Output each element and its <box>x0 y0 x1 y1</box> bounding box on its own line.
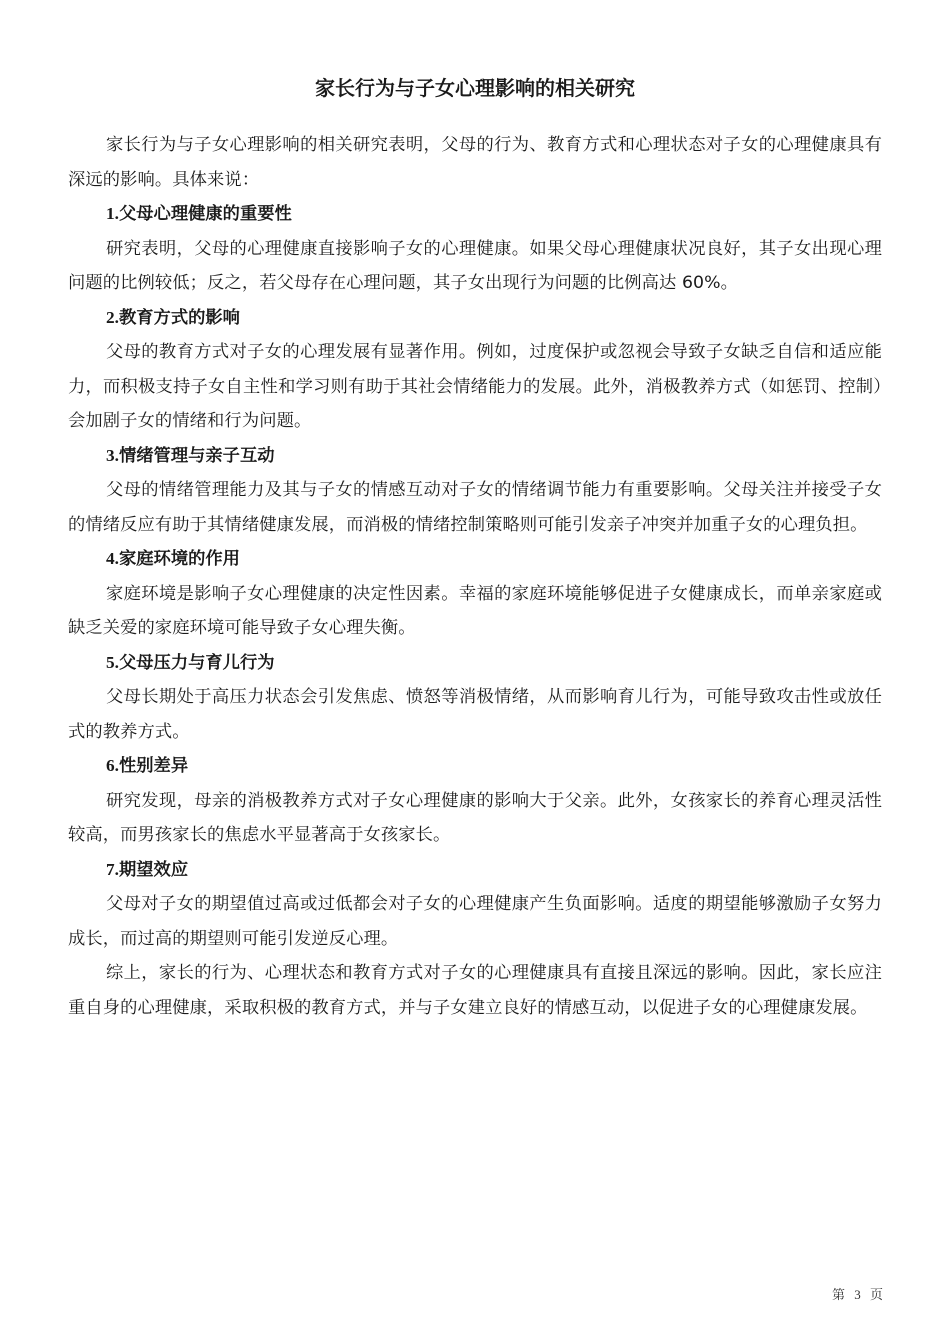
document-body: 家长行为与子女心理影响的相关研究表明，父母的行为、教育方式和心理状态对子女的心理… <box>68 128 882 1025</box>
document-page: 家长行为与子女心理影响的相关研究 家长行为与子女心理影响的相关研究表明，父母的行… <box>68 70 882 1025</box>
section-body: 研究发现，母亲的消极教养方式对子女心理健康的影响大于父亲。此外，女孩家长的养育心… <box>68 784 882 853</box>
section-heading: 4.家庭环境的作用 <box>68 542 882 577</box>
section-body: 研究表明，父母的心理健康直接影响子女的心理健康。如果父母心理健康状况良好，其子女… <box>68 232 882 301</box>
section-heading: 5.父母压力与育儿行为 <box>68 646 882 681</box>
section-2: 2.教育方式的影响 父母的教育方式对子女的心理发展有显著作用。例如，过度保护或忽… <box>68 301 882 439</box>
section-heading: 6.性别差异 <box>68 749 882 784</box>
section-body: 父母长期处于高压力状态会引发焦虑、愤怒等消极情绪，从而影响育儿行为，可能导致攻击… <box>68 680 882 749</box>
section-body: 家庭环境是影响子女心理健康的决定性因素。幸福的家庭环境能够促进子女健康成长，而单… <box>68 577 882 646</box>
intro-paragraph: 家长行为与子女心理影响的相关研究表明，父母的行为、教育方式和心理状态对子女的心理… <box>68 128 882 197</box>
section-heading: 2.教育方式的影响 <box>68 301 882 336</box>
section-heading: 1.父母心理健康的重要性 <box>68 197 882 232</box>
conclusion-paragraph: 综上，家长的行为、心理状态和教育方式对子女的心理健康具有直接且深远的影响。因此，… <box>68 956 882 1025</box>
section-5: 5.父母压力与育儿行为 父母长期处于高压力状态会引发焦虑、愤怒等消极情绪，从而影… <box>68 646 882 750</box>
section-heading: 3.情绪管理与亲子互动 <box>68 439 882 474</box>
document-title: 家长行为与子女心理影响的相关研究 <box>68 70 882 106</box>
page-number: 第 3 页 <box>832 1284 883 1303</box>
section-7: 7.期望效应 父母对子女的期望值过高或过低都会对子女的心理健康产生负面影响。适度… <box>68 853 882 957</box>
section-1: 1.父母心理健康的重要性 研究表明，父母的心理健康直接影响子女的心理健康。如果父… <box>68 197 882 301</box>
section-6: 6.性别差异 研究发现，母亲的消极教养方式对子女心理健康的影响大于父亲。此外，女… <box>68 749 882 853</box>
section-3: 3.情绪管理与亲子互动 父母的情绪管理能力及其与子女的情感互动对子女的情绪调节能… <box>68 439 882 543</box>
section-4: 4.家庭环境的作用 家庭环境是影响子女心理健康的决定性因素。幸福的家庭环境能够促… <box>68 542 882 646</box>
section-body: 父母对子女的期望值过高或过低都会对子女的心理健康产生负面影响。适度的期望能够激励… <box>68 887 882 956</box>
section-body: 父母的教育方式对子女的心理发展有显著作用。例如，过度保护或忽视会导致子女缺乏自信… <box>68 335 882 439</box>
section-heading: 7.期望效应 <box>68 853 882 888</box>
section-body: 父母的情绪管理能力及其与子女的情感互动对子女的情绪调节能力有重要影响。父母关注并… <box>68 473 882 542</box>
